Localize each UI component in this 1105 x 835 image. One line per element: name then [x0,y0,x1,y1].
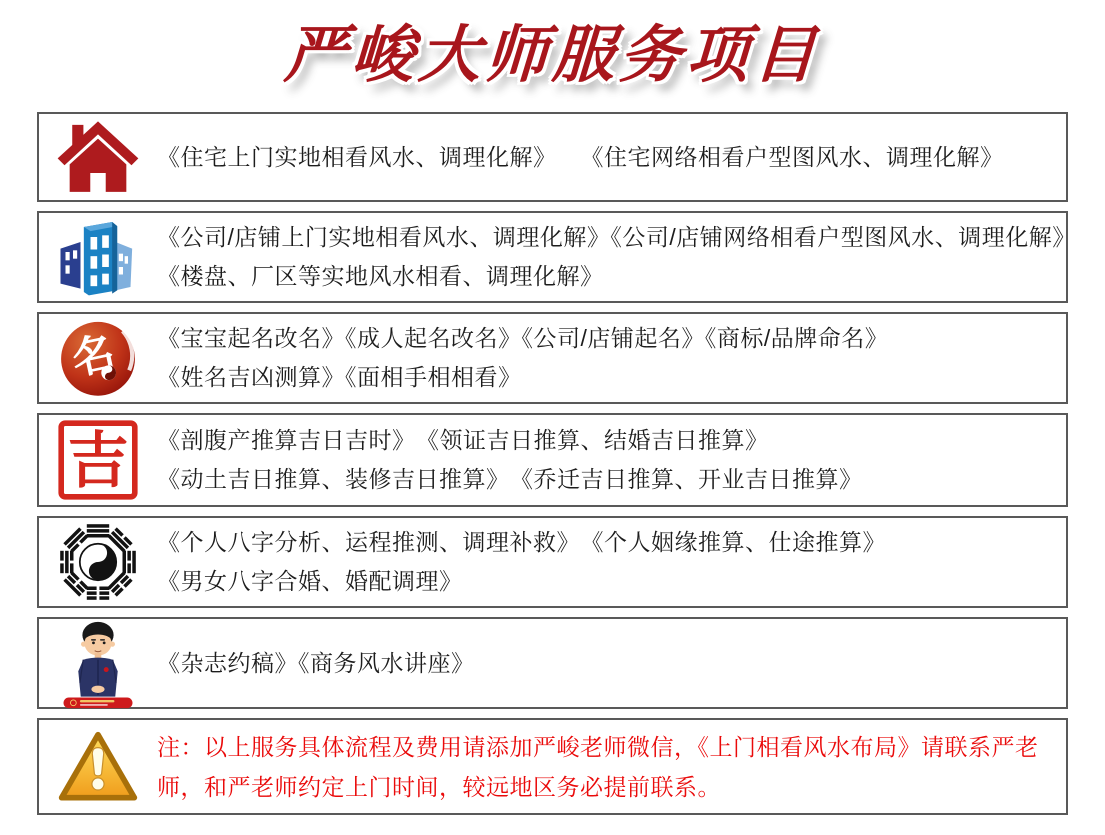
office-buildings-icon-svg [52,217,144,297]
note-text: 注：以上服务具体流程及费用请添加严峻老师微信，《上门相看风水布局》请联系严老师，… [157,727,1066,807]
service-row-naming: 名 《宝宝起名改名》《成人起名改名》《公司/店铺起名》《商标/品牌命名》 《姓名… [37,312,1068,404]
service-item-text: 《个人八字分析、运程推测、调理补救》 《个人姻缘推算、仕途推算》 [157,523,1066,562]
service-item-text: 《男女八字合婚、婚配调理》 [157,562,1066,601]
master-avatar-icon [39,617,157,709]
house-icon [39,118,157,197]
service-row-dates: 吉 《剖腹产推算吉日吉时》 《领证吉日推算、结婚吉日推算》 《动土吉日推算、装修… [37,413,1068,507]
seal-char: 吉 [68,426,129,497]
service-item-text: 《住宅上门实地相看风水、调理化解》 《住宅网络相看户型图风水、调理化解》 [157,138,1066,177]
master-avatar-icon-svg [60,617,136,709]
service-item-text: 《宝宝起名改名》《成人起名改名》《公司/店铺起名》《商标/品牌命名》 [157,319,1066,358]
service-item-text: 《楼盘、厂区等实地风水相看、调理化解》 [157,257,1066,296]
auspicious-seal-icon: 吉 [39,418,157,502]
service-row-company: 《公司/店铺上门实地相看风水、调理化解》《公司/店铺网络相看户型图风水、调理化解… [37,211,1068,303]
service-row-lectures: 《杂志约稿》《商务风水讲座》 [37,617,1068,709]
service-text-block: 《个人八字分析、运程推测、调理补救》 《个人姻缘推算、仕途推算》 《男女八字合婚… [157,523,1066,601]
house-icon-svg [55,118,141,197]
page-title: 严峻大师服务项目 [35,8,1071,102]
bagua-icon [39,520,157,604]
auspicious-seal-icon-svg: 吉 [58,418,138,502]
service-item-text: 《动土吉日推算、装修吉日推算》 《乔迁吉日推算、开业吉日推算》 [157,460,1066,499]
service-row-residential: 《住宅上门实地相看风水、调理化解》 《住宅网络相看户型图风水、调理化解》 [37,112,1068,202]
service-item-text: 《姓名吉凶测算》《面相手相相看》 [157,358,1066,397]
service-item-text: 《剖腹产推算吉日吉时》 《领证吉日推算、结婚吉日推算》 [157,421,1066,460]
naming-logo-icon: 名 [39,317,157,399]
service-text-block: 《公司/店铺上门实地相看风水、调理化解》《公司/店铺网络相看户型图风水、调理化解… [157,218,1066,296]
warning-icon-svg [56,728,140,806]
office-buildings-icon [39,217,157,297]
bagua-icon-svg [56,520,140,604]
service-item-text: 《杂志约稿》《商务风水讲座》 [157,644,1066,683]
service-item-text: 《公司/店铺上门实地相看风水、调理化解》《公司/店铺网络相看户型图风水、调理化解… [157,218,1066,257]
naming-logo-icon-svg: 名 [57,317,139,399]
note-row: 注：以上服务具体流程及费用请添加严峻老师微信，《上门相看风水布局》请联系严老师，… [37,718,1068,815]
service-row-bazi: 《个人八字分析、运程推测、调理补救》 《个人姻缘推算、仕途推算》 《男女八字合婚… [37,516,1068,608]
service-text-block: 《剖腹产推算吉日吉时》 《领证吉日推算、结婚吉日推算》 《动土吉日推算、装修吉日… [157,421,1066,499]
service-text-block: 《杂志约稿》《商务风水讲座》 [157,644,1066,683]
service-menu-page: 严峻大师服务项目 《住宅上门实地相看风水、调理化解》 《住宅网络相看户型图风水、… [0,0,1105,835]
service-text-block: 《住宅上门实地相看风水、调理化解》 《住宅网络相看户型图风水、调理化解》 [157,138,1066,177]
service-text-block: 《宝宝起名改名》《成人起名改名》《公司/店铺起名》《商标/品牌命名》 《姓名吉凶… [157,319,1066,397]
warning-icon [39,728,157,806]
